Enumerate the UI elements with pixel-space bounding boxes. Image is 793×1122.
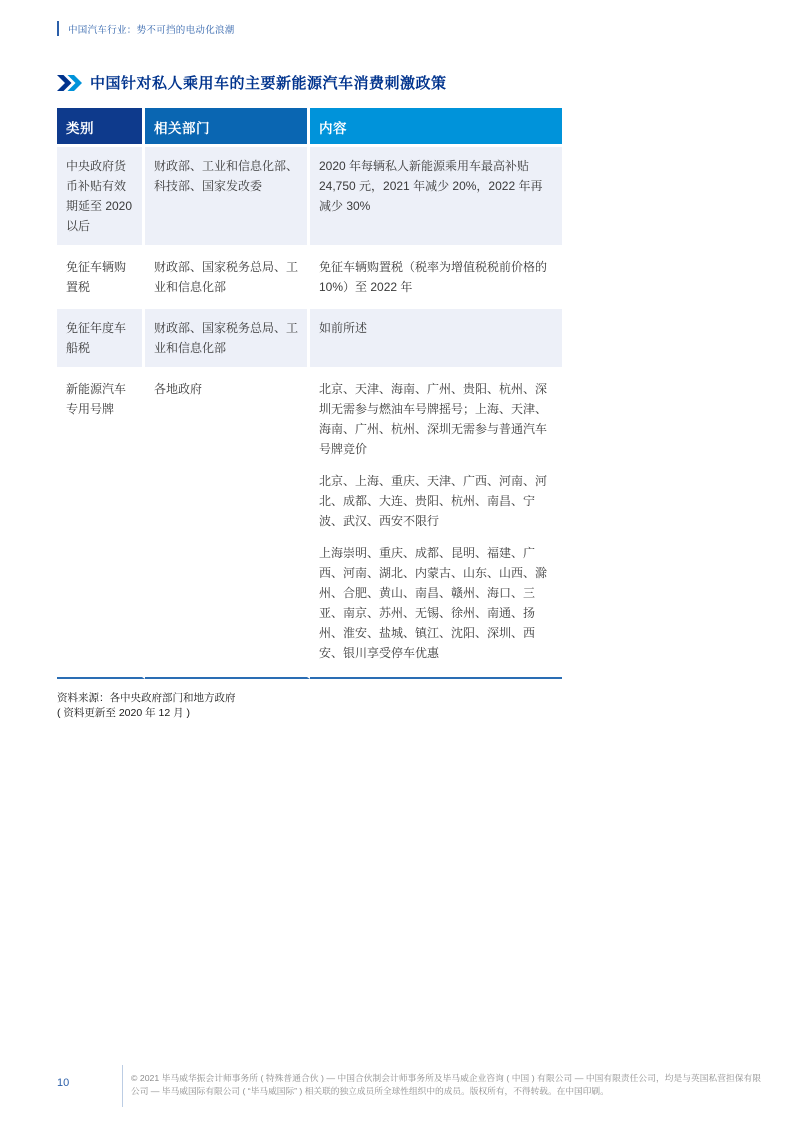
table-header-row: 类别 相关部门 内容 (57, 108, 562, 147)
section-title: 中国针对私人乘用车的主要新能源汽车消费刺激政策 (57, 72, 447, 93)
content-paragraph: 北京、天津、海南、广州、贵阳、杭州、深圳无需参与燃油车号牌摇号；上海、天津、海南… (319, 379, 554, 459)
content-paragraph: 上海崇明、重庆、成都、昆明、福建、广西、河南、湖北、内蒙古、山东、山西、滁州、合… (319, 543, 554, 663)
header-departments: 相关部门 (145, 108, 310, 147)
content-paragraph: 如前所述 (319, 318, 554, 338)
content-paragraph: 2020 年每辆私人新能源乘用车最高补贴 24,750 元，2021 年减少 2… (319, 156, 554, 216)
departments-cell: 财政部、国家税务总局、工业和信息化部 (145, 248, 310, 309)
table-row: 中央政府货币补贴有效期延至 2020 以后 财政部、工业和信息化部、科技部、国家… (57, 147, 562, 248)
departments-cell: 各地政府 (145, 370, 310, 679)
section-title-text: 中国针对私人乘用车的主要新能源汽车消费刺激政策 (90, 72, 447, 93)
table-row: 免征车辆购置税 财政部、国家税务总局、工业和信息化部 免征车辆购置税（税率为增值… (57, 248, 562, 309)
category-cell: 免征车辆购置税 (57, 248, 145, 309)
double-chevron-right-icon (57, 75, 82, 91)
running-header: 中国汽车行业：势不可挡的电动化浪潮 (57, 21, 235, 36)
report-page: 中国汽车行业：势不可挡的电动化浪潮 中国针对私人乘用车的主要新能源汽车消费刺激政… (0, 0, 793, 1122)
category-cell: 新能源汽车专用号牌 (57, 370, 145, 679)
content-cell: 2020 年每辆私人新能源乘用车最高补贴 24,750 元，2021 年减少 2… (310, 147, 562, 248)
content-paragraph: 北京、上海、重庆、天津、广西、河南、河北、成都、大连、贵阳、杭州、南昌、宁波、武… (319, 471, 554, 531)
header-category: 类别 (57, 108, 145, 147)
source-note: 资料来源：各中央政府部门和地方政府 ( 资料更新至 2020 年 12 月 ) (57, 691, 236, 721)
category-cell: 免征年度车船税 (57, 309, 145, 370)
source-note-line2: ( 资料更新至 2020 年 12 月 ) (57, 706, 236, 721)
content-cell: 如前所述 (310, 309, 562, 370)
header-content: 内容 (310, 108, 562, 147)
content-paragraph: 免征车辆购置税（税率为增值税税前价格的 10%）至 2022 年 (319, 257, 554, 297)
category-cell: 中央政府货币补贴有效期延至 2020 以后 (57, 147, 145, 248)
content-cell: 北京、天津、海南、广州、贵阳、杭州、深圳无需参与燃油车号牌摇号；上海、天津、海南… (310, 370, 562, 679)
page-number: 10 (57, 1077, 69, 1089)
source-note-line1: 资料来源：各中央政府部门和地方政府 (57, 691, 236, 706)
departments-cell: 财政部、国家税务总局、工业和信息化部 (145, 309, 310, 370)
footer-divider (122, 1065, 123, 1107)
departments-cell: 财政部、工业和信息化部、科技部、国家发改委 (145, 147, 310, 248)
footer-copyright: © 2021 毕马威华振会计师事务所 ( 特殊普通合伙 ) — 中国合伙制会计师… (131, 1072, 761, 1098)
page-footer: 10 © 2021 毕马威华振会计师事务所 ( 特殊普通合伙 ) — 中国合伙制… (0, 1063, 793, 1109)
running-header-text: 中国汽车行业：势不可挡的电动化浪潮 (68, 22, 235, 36)
table-row: 免征年度车船税 财政部、国家税务总局、工业和信息化部 如前所述 (57, 309, 562, 370)
table-row: 新能源汽车专用号牌 各地政府 北京、天津、海南、广州、贵阳、杭州、深圳无需参与燃… (57, 370, 562, 679)
policy-table: 类别 相关部门 内容 中央政府货币补贴有效期延至 2020 以后 财政部、工业和… (57, 108, 562, 679)
content-cell: 免征车辆购置税（税率为增值税税前价格的 10%）至 2022 年 (310, 248, 562, 309)
running-header-accent-bar (57, 21, 59, 36)
